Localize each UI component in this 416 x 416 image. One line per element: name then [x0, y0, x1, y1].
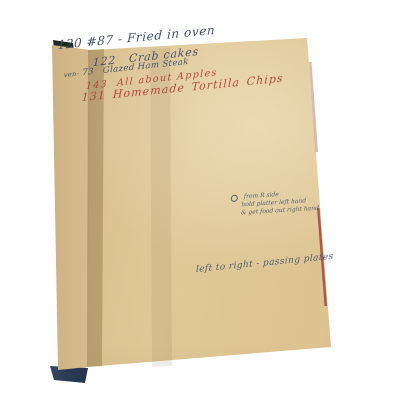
page-number: 73 [82, 67, 94, 78]
circle-mark-icon [231, 194, 238, 201]
note-prefix: ven- [64, 69, 80, 79]
page-number: 131 [81, 89, 106, 104]
book-photo: 120 #87 - Fried in oven 122Crab cakes ve… [0, 0, 416, 416]
